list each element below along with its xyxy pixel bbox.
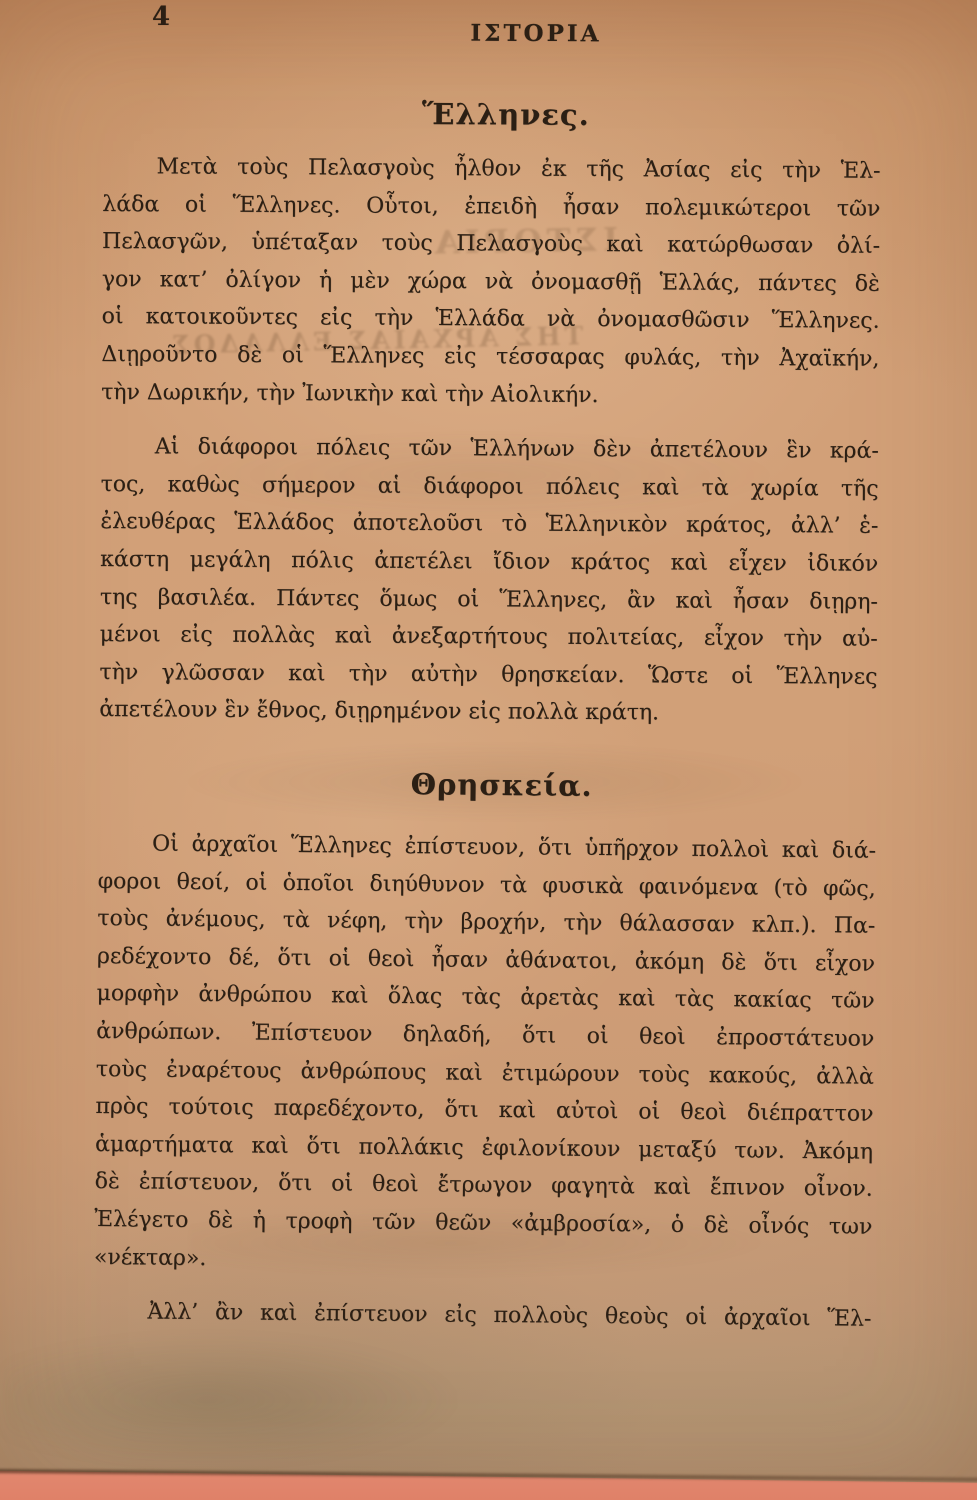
text-line: ἐλευθέρας Ἑλλάδος ἀποτελοῦσι τὸ Ἑλληνικὸ…: [100, 503, 878, 545]
text-line: «νέκταρ».: [94, 1238, 872, 1283]
text-line: Πελασγῶν, ὑπέταξαν τοὺς Πελασγοὺς καὶ κα…: [102, 223, 880, 265]
section-religion: Θρησκεία. Οἱ ἀρχαῖοι Ἕλληνες ἐπίστευον, …: [93, 761, 877, 1338]
text-line: Ἐλέγετο δὲ ἡ τροφὴ τῶν θεῶν «ἀμβροσία», …: [94, 1201, 872, 1246]
book-page-scan: ΙΣΤΟΡΙΑ ΤΗΣ ΑΡΧΑΙΑΣ ΕΛΛΑΔΟΣ 4 ΙΣΤΟΡΙΑ Ἕλ…: [0, 0, 977, 1500]
text-line: κάστη μεγάλη πόλις ἀπετέλει ἴδιον κράτος…: [100, 541, 878, 583]
text-line: ἀπετέλουν ἓν ἔθνος, διῃρημένον εἰς πολλὰ…: [99, 691, 877, 733]
paragraph: Αἱ διάφοροι πόλεις τῶν Ἑλλήνων δὲν ἀπετέ…: [99, 428, 879, 733]
text-line: λάδα οἱ Ἕλληνες. Οὗτοι, ἐπειδὴ ἦσαν πολε…: [102, 186, 880, 228]
page-paper: ΙΣΤΟΡΙΑ ΤΗΣ ΑΡΧΑΙΑΣ ΕΛΛΑΔΟΣ 4 ΙΣΤΟΡΙΑ Ἕλ…: [0, 0, 977, 1500]
text-line: Ἀλλ’ ἂν καὶ ἐπίστευον εἰς πολλοὺς θεοὺς …: [93, 1293, 871, 1338]
text-line: τὴν γλῶσσαν καὶ τὴν αὐτὴν θρησκείαν. Ὥστ…: [99, 654, 877, 696]
section-hellenes: Ἕλληνες. Μετὰ τοὺς Πελασγοὺς ἦλθον ἐκ τῆ…: [99, 92, 881, 734]
paragraph: Οἱ ἀρχαῖοι Ἕλληνες ἐπίστευον, ὅτι ὑπῆρχο…: [94, 825, 876, 1284]
section-heading-religion: Θρησκεία.: [113, 761, 891, 809]
page-number: 4: [152, 2, 170, 32]
text-line: τος, καθὼς σήμερον αἱ διάφοροι πόλεις κα…: [100, 466, 878, 508]
text-line: οἱ κατοικοῦντες εἰς τὴν Ἑλλάδα νὰ ὀνομασ…: [102, 298, 880, 340]
paragraph: Μετὰ τοὺς Πελασγοὺς ἦλθον ἐκ τῆς Ἀσίας ε…: [101, 148, 881, 416]
running-head: ΙΣΤΟΡΙΑ: [470, 20, 601, 48]
text-line: γον κατ’ ὀλίγον ἡ μὲν χώρα νὰ ὀνομασθῇ Ἑ…: [102, 261, 880, 303]
paper-stain: [5, 1335, 455, 1465]
section-heading-hellenes: Ἕλληνες.: [117, 92, 895, 137]
text-line: Μετὰ τοὺς Πελασγοὺς ἦλθον ἐκ τῆς Ἀσίας ε…: [102, 148, 880, 190]
text-line: Αἱ διάφοροι πόλεις τῶν Ἑλλήνων δὲν ἀπετέ…: [101, 428, 879, 470]
text-line: της βασιλέα. Πάντες ὅμως οἱ Ἕλληνες, ἂν …: [100, 579, 878, 621]
text-line: μένοι εἰς πολλὰς καὶ ἀνεξαρτήτους πολιτε…: [100, 616, 878, 658]
text-line: Διῃροῦντο δὲ οἱ Ἕλληνες εἰς τέσσαρας φυλ…: [101, 336, 879, 378]
paragraph: Ἀλλ’ ἂν καὶ ἐπίστευον εἰς πολλοὺς θεοὺς …: [93, 1293, 871, 1338]
text-line: τὴν Δωρικήν, τὴν Ἰωνικὴν καὶ τὴν Αἰολική…: [101, 374, 879, 416]
text-block: Ἕλληνες. Μετὰ τοὺς Πελασγοὺς ἦλθον ἐκ τῆ…: [95, 92, 881, 1352]
